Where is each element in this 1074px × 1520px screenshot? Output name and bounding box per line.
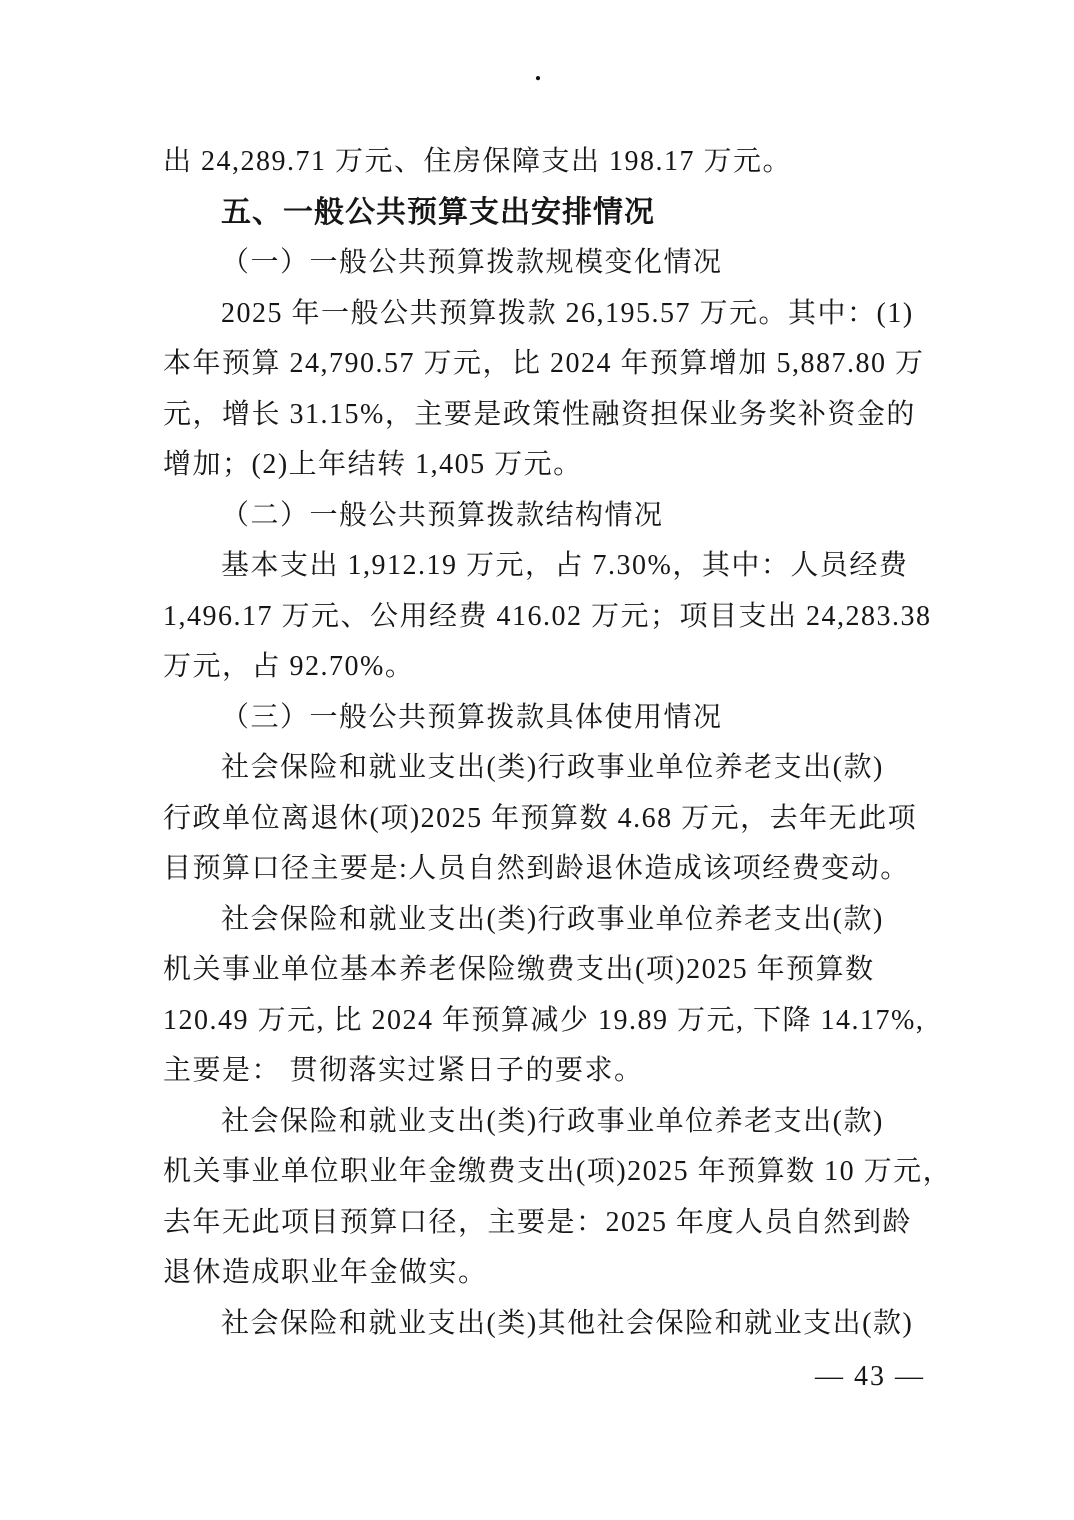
body-line: 机关事业单位职业年金缴费支出(项)2025 年预算数 10 万元， — [163, 1147, 918, 1198]
body-line: 目预算口径主要是:人员自然到龄退休造成该项经费变动。 — [163, 844, 918, 895]
section-heading: 五、一般公共预算支出安排情况 — [163, 188, 918, 239]
document-page: . 出 24,289.71 万元、住房保障支出 198.17 万元。 五、一般公… — [0, 0, 1074, 1520]
body-line: 行政单位离退休(项)2025 年预算数 4.68 万元，去年无此项 — [163, 794, 918, 845]
body-line: 2025 年一般公共预算拨款 26,195.57 万元。其中：(1) — [163, 289, 918, 340]
document-body: 出 24,289.71 万元、住房保障支出 198.17 万元。 五、一般公共预… — [163, 137, 918, 1349]
stray-dot-mark: . — [528, 48, 548, 88]
body-line: 元，增长 31.15%，主要是政策性融资担保业务奖补资金的 — [163, 390, 918, 441]
body-line: 社会保险和就业支出(类)其他社会保险和就业支出(款) — [163, 1299, 918, 1350]
subsection-heading-2: （二）一般公共预算拨款结构情况 — [163, 491, 918, 542]
body-line: 社会保险和就业支出(类)行政事业单位养老支出(款) — [163, 743, 918, 794]
body-line: 社会保险和就业支出(类)行政事业单位养老支出(款) — [163, 895, 918, 946]
body-line: 机关事业单位基本养老保险缴费支出(项)2025 年预算数 — [163, 945, 918, 996]
subsection-heading-3: （三）一般公共预算拨款具体使用情况 — [163, 693, 918, 744]
body-line: 本年预算 24,790.57 万元，比 2024 年预算增加 5,887.80 … — [163, 339, 918, 390]
body-line: 社会保险和就业支出(类)行政事业单位养老支出(款) — [163, 1097, 918, 1148]
body-line: 去年无此项目预算口径，主要是：2025 年度人员自然到龄 — [163, 1198, 918, 1249]
body-line: 增加；(2)上年结转 1,405 万元。 — [163, 440, 918, 491]
body-line: 出 24,289.71 万元、住房保障支出 198.17 万元。 — [163, 137, 918, 188]
body-line: 120.49 万元, 比 2024 年预算减少 19.89 万元, 下降 14.… — [163, 996, 918, 1047]
body-line: 退休造成职业年金做实。 — [163, 1248, 918, 1299]
body-line: 主要是： 贯彻落实过紧日子的要求。 — [163, 1046, 918, 1097]
page-number: — 43 — — [812, 1352, 928, 1402]
body-line: 基本支出 1,912.19 万元，占 7.30%，其中：人员经费 — [163, 541, 918, 592]
subsection-heading-1: （一）一般公共预算拨款规模变化情况 — [163, 238, 918, 289]
body-line: 万元，占 92.70%。 — [163, 642, 918, 693]
body-line: 1,496.17 万元、公用经费 416.02 万元；项目支出 24,283.3… — [163, 592, 918, 643]
